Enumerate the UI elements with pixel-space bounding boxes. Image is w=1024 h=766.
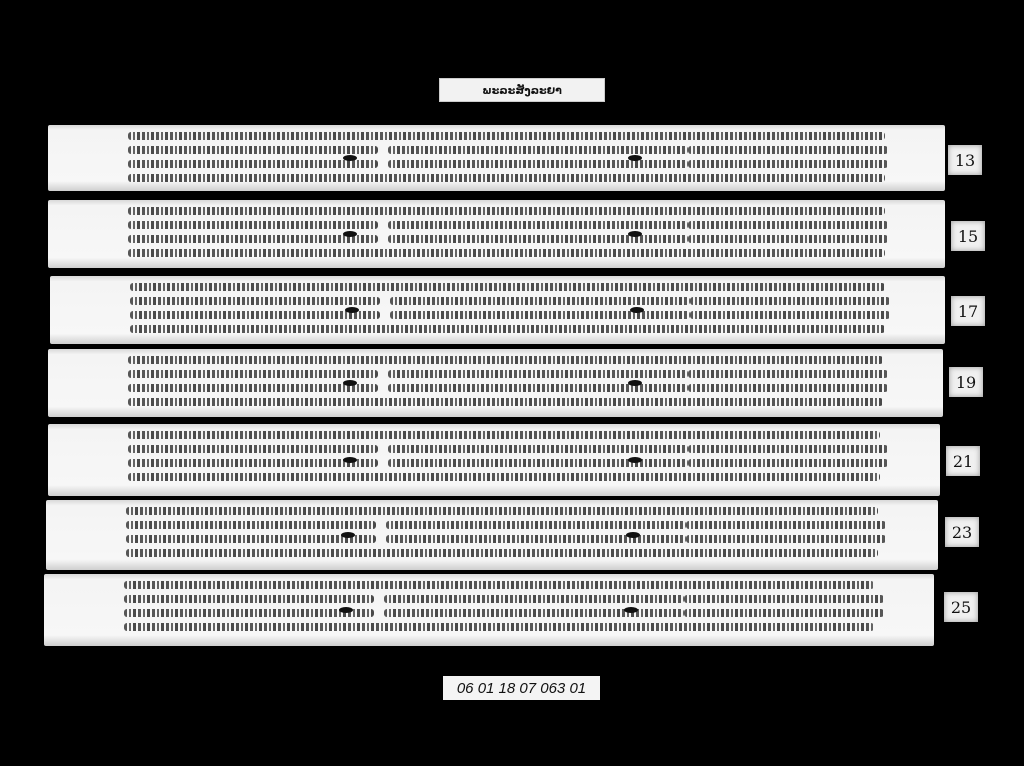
script-line: [688, 370, 888, 378]
script-line: [388, 235, 688, 243]
string-hole-icon: [628, 231, 642, 237]
script-line: [384, 595, 684, 603]
script-line: [388, 160, 688, 168]
script-line: [128, 473, 880, 481]
page-number-label: 15: [951, 221, 985, 251]
palm-leaf: [48, 349, 943, 417]
script-line: [386, 521, 686, 529]
string-hole-icon: [628, 155, 642, 161]
script-line: [388, 384, 688, 392]
script-line: [130, 297, 380, 305]
script-line: [128, 160, 378, 168]
script-line: [124, 609, 374, 617]
script-line: [128, 221, 378, 229]
script-line: [128, 174, 885, 182]
string-hole-icon: [630, 307, 644, 313]
script-line: [690, 311, 890, 319]
manuscript-title-label: ພະລະສັງລະຍາ: [439, 78, 605, 102]
string-hole-icon: [624, 607, 638, 613]
script-line: [128, 459, 378, 467]
script-line: [684, 609, 884, 617]
palm-leaf: [50, 276, 945, 344]
script-line: [128, 146, 378, 154]
string-hole-icon: [628, 380, 642, 386]
script-line: [686, 535, 886, 543]
script-line: [128, 398, 883, 406]
page-number-label: 25: [944, 592, 978, 622]
script-line: [688, 160, 888, 168]
page-number-label: 23: [945, 517, 979, 547]
script-line: [130, 283, 885, 291]
palm-leaf: [48, 125, 945, 191]
manuscript-id-label: 06 01 18 07 063 01: [443, 676, 600, 700]
string-hole-icon: [343, 231, 357, 237]
script-line: [688, 235, 888, 243]
script-line: [128, 132, 885, 140]
script-line: [124, 595, 374, 603]
script-line: [128, 384, 378, 392]
palm-leaf: [48, 200, 945, 268]
script-line: [128, 356, 883, 364]
script-line: [130, 325, 885, 333]
palm-leaf: [44, 574, 934, 646]
script-line: [684, 595, 884, 603]
script-line: [126, 507, 878, 515]
script-line: [386, 535, 686, 543]
script-line: [130, 311, 380, 319]
script-line: [688, 221, 888, 229]
script-line: [384, 609, 684, 617]
script-line: [126, 521, 376, 529]
page-number-label: 13: [948, 145, 982, 175]
script-line: [690, 297, 890, 305]
string-hole-icon: [343, 457, 357, 463]
script-line: [128, 207, 885, 215]
script-line: [128, 235, 378, 243]
script-line: [124, 581, 874, 589]
script-line: [688, 445, 888, 453]
string-hole-icon: [345, 307, 359, 313]
script-line: [126, 549, 878, 557]
script-line: [390, 311, 690, 319]
string-hole-icon: [626, 532, 640, 538]
string-hole-icon: [343, 380, 357, 386]
string-hole-icon: [628, 457, 642, 463]
script-line: [128, 249, 885, 257]
palm-leaf: [48, 424, 940, 496]
string-hole-icon: [341, 532, 355, 538]
script-line: [686, 521, 886, 529]
string-hole-icon: [343, 155, 357, 161]
page-number-label: 21: [946, 446, 980, 476]
script-line: [388, 445, 688, 453]
script-line: [688, 384, 888, 392]
script-line: [128, 370, 378, 378]
script-line: [128, 431, 880, 439]
script-line: [124, 623, 874, 631]
script-line: [688, 459, 888, 467]
script-line: [388, 146, 688, 154]
script-line: [388, 370, 688, 378]
script-line: [388, 221, 688, 229]
script-line: [126, 535, 376, 543]
palm-leaf: [46, 500, 938, 570]
string-hole-icon: [339, 607, 353, 613]
script-line: [390, 297, 690, 305]
page-number-label: 17: [951, 296, 985, 326]
page-number-label: 19: [949, 367, 983, 397]
script-line: [388, 459, 688, 467]
script-line: [128, 445, 378, 453]
script-line: [688, 146, 888, 154]
